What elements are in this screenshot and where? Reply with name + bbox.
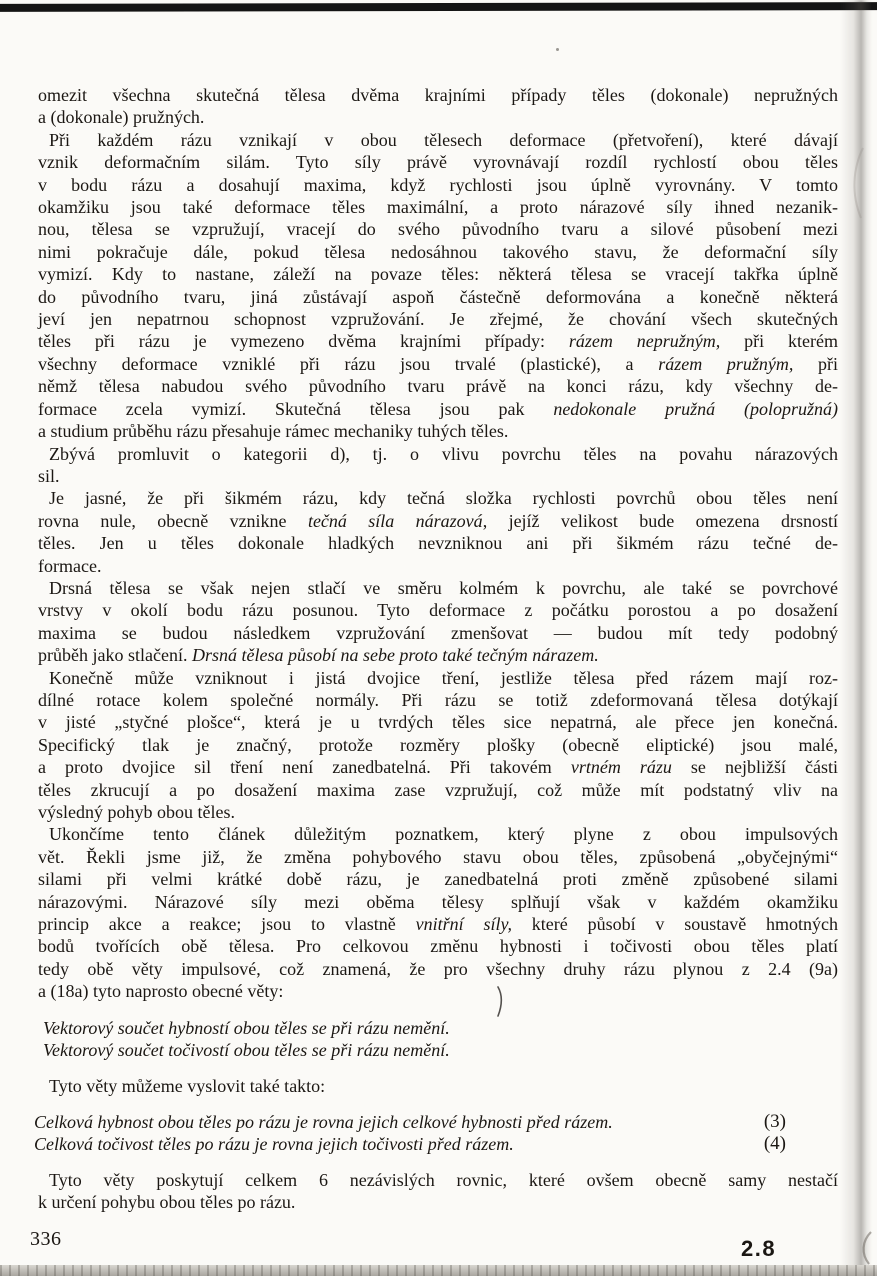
- text-line: sil.: [38, 465, 838, 487]
- text-line: těles při rázu je vymezeno dvěma krajním…: [38, 330, 838, 352]
- text-run: dílné rotace kolem společné normály. Při…: [38, 690, 838, 710]
- text-run: v jisté „styčné plošce“, která je u tvrd…: [38, 712, 838, 732]
- text-line: všechny deformace vzniklé při rázu jsou …: [38, 353, 838, 375]
- text-run: se nejbližší části: [672, 757, 838, 777]
- footer-section-number: 2.8: [741, 1236, 776, 1262]
- text-line: Konečně může vzniknout i jistá dvojice t…: [38, 667, 838, 689]
- paragraph: Tyto věty můžeme vyslovit také takto:: [38, 1075, 838, 1097]
- text-line: nou, tělesa se vzpružují, vracejí do své…: [38, 218, 838, 240]
- text-line: jeví jen nepatrnou schopnost vzpružování…: [38, 308, 838, 330]
- numbered-statement: Celková točivost těles po rázu je rovna …: [34, 1133, 786, 1155]
- italic-text-run: Vektorový součet točivostí obou těles se…: [43, 1040, 450, 1060]
- text-line: v bodu rázu a dosahují maxima, když rych…: [38, 174, 838, 196]
- text-run: vznik deformačním silám. Tyto síly právě…: [38, 152, 838, 172]
- paragraph: Zbývá promluvit o kategorii d), tj. o vl…: [38, 443, 838, 488]
- text-run: a (dokonale) pružných.: [38, 107, 204, 127]
- text-run: nimi pokračuje dále, pokud tělesa nedosá…: [38, 242, 838, 262]
- text-run: okamžiku jsou také deformace těles maxim…: [38, 197, 838, 217]
- text-run: průběh jako stlačení.: [38, 645, 192, 665]
- paragraph: Tyto věty poskytují celkem 6 nezávislých…: [38, 1169, 838, 1214]
- document-body: omezit všechna skutečná tělesa dvěma kra…: [38, 84, 838, 1214]
- text-line: a (dokonale) pružných.: [38, 106, 838, 128]
- text-line: do původního tvaru, jiná zůstávají aspoň…: [38, 286, 838, 308]
- statement-text: Celková hybnost obou těles po rázu je ro…: [34, 1111, 613, 1133]
- text-line: rovna nule, obecně vznikne tečná síla ná…: [38, 510, 838, 532]
- text-run: těles. Jen u těles dokonale hladkých nev…: [38, 533, 838, 553]
- text-line: v jisté „styčné plošce“, která je u tvrd…: [38, 711, 838, 733]
- text-line: Zbývá promluvit o kategorii d), tj. o vl…: [38, 443, 838, 465]
- text-run: všechny deformace vzniklé při rázu jsou …: [38, 354, 658, 374]
- text-line: výsledný pohyb obou těles.: [38, 801, 838, 823]
- text-run: Ukončíme tento článek důležitým poznatke…: [49, 824, 838, 844]
- text-run: tedy obě věty impulsové, což znamená, že…: [38, 959, 838, 979]
- text-run: bodů tvořících obě tělesa. Pro celkovou …: [38, 936, 838, 956]
- text-run: Zbývá promluvit o kategorii d), tj. o vl…: [49, 444, 838, 464]
- text-run: sil.: [38, 466, 60, 486]
- text-line: těles zkrucují a po dosažení maxima zase…: [38, 779, 838, 801]
- text-line: vymizí. Kdy to nastane, záleží na povaze…: [38, 263, 838, 285]
- text-run: formace zcela vymizí. Skutečná tělesa js…: [38, 399, 553, 419]
- paragraph: Konečně může vzniknout i jistá dvojice t…: [38, 667, 838, 824]
- text-line: maxima se budou následkem vzpružování zm…: [38, 622, 838, 644]
- text-run: které působí v soustavě hmotných: [512, 914, 838, 934]
- footer-page-number: 336: [30, 1228, 62, 1251]
- text-line: k určení pohybu obou těles po rázu.: [38, 1191, 838, 1213]
- text-line: a proto dvojice sil tření není zanedbate…: [38, 756, 838, 778]
- text-run: vymizí. Kdy to nastane, záleží na povaze…: [38, 264, 838, 284]
- text-run: a proto dvojice sil tření není zanedbate…: [38, 757, 571, 777]
- text-line: vrstvy v okolí bodu rázu posunou. Tyto d…: [38, 599, 838, 621]
- text-run: při kterém: [720, 331, 838, 351]
- text-line: vznik deformačním silám. Tyto síly právě…: [38, 151, 838, 173]
- text-run: vět. Řekli jsme již, že změna pohybového…: [38, 847, 838, 867]
- text-line: a (18a) tyto naprosto obecné věty:: [38, 980, 838, 1002]
- text-run: maxima se budou následkem vzpružování zm…: [38, 623, 838, 643]
- text-run: nou, tělesa se vzpružují, vracejí do své…: [38, 219, 838, 239]
- text-run: Konečně může vzniknout i jistá dvojice t…: [49, 668, 838, 688]
- text-line: formace zcela vymizí. Skutečná tělesa js…: [38, 398, 838, 420]
- text-run: výsledný pohyb obou těles.: [38, 802, 235, 822]
- text-run: těles zkrucují a po dosažení maxima zase…: [38, 780, 838, 800]
- text-line: bodů tvořících obě tělesa. Pro celkovou …: [38, 935, 838, 957]
- scan-edge-bottom: [0, 1265, 877, 1276]
- text-run: princip akce a reakce; jsou to vlastně: [38, 914, 416, 934]
- text-line: silami při velmi krátké době rázu, je za…: [38, 868, 838, 890]
- text-run: omezit všechna skutečná tělesa dvěma kra…: [38, 85, 838, 105]
- scanned-book-page: omezit všechna skutečná tělesa dvěma kra…: [0, 0, 877, 1276]
- text-run: nárazovými. Nárazové síly mezi oběma těl…: [38, 892, 838, 912]
- statement-text: Celková točivost těles po rázu je rovna …: [34, 1133, 514, 1155]
- text-run: Tyto věty poskytují celkem 6 nezávislých…: [49, 1170, 838, 1190]
- text-run: Při každém rázu vznikají v obou tělesech…: [49, 130, 838, 150]
- paragraph: omezit všechna skutečná tělesa dvěma kra…: [38, 84, 838, 129]
- italic-text-run: vrtném rázu: [571, 757, 672, 777]
- numbered-statement: Celková hybnost obou těles po rázu je ro…: [34, 1111, 786, 1133]
- text-run: při: [793, 354, 838, 374]
- text-line: Vektorový součet hybností obou těles se …: [43, 1017, 838, 1039]
- italic-text-run: Drsná tělesa působí na sebe proto také t…: [192, 645, 599, 665]
- paragraph: Drsná tělesa se však nejen stlačí ve smě…: [38, 577, 838, 667]
- text-line: Tyto věty můžeme vyslovit také takto:: [38, 1075, 838, 1097]
- page-curl-artifact: [858, 1230, 874, 1266]
- italic-text-run: tečná síla nárazová: [308, 511, 483, 531]
- italic-text-run: vnitřní síly,: [416, 914, 512, 934]
- text-line: Je jasné, že při šikmém rázu, kdy tečná …: [38, 487, 838, 509]
- text-run: Drsná tělesa se však nejen stlačí ve smě…: [49, 578, 838, 598]
- text-run: , jejíž velikost bude omezena drsností: [483, 511, 838, 531]
- text-run: Tyto věty můžeme vyslovit také takto:: [49, 1076, 325, 1096]
- text-line: vět. Řekli jsme již, že změna pohybového…: [38, 846, 838, 868]
- text-run: vrstvy v okolí bodu rázu posunou. Tyto d…: [38, 600, 838, 620]
- text-run: jeví jen nepatrnou schopnost vzpružování…: [38, 309, 838, 329]
- text-line: tedy obě věty impulsové, což znamená, že…: [38, 958, 838, 980]
- text-run: a (18a) tyto naprosto obecné věty:: [38, 981, 283, 1001]
- text-run: rovna nule, obecně vznikne: [38, 511, 308, 531]
- text-line: nimi pokračuje dále, pokud tělesa nedosá…: [38, 241, 838, 263]
- text-line: princip akce a reakce; jsou to vlastně v…: [38, 913, 838, 935]
- equation-number: (4): [764, 1133, 786, 1155]
- text-run: k určení pohybu obou těles po rázu.: [38, 1192, 295, 1212]
- text-line: Při každém rázu vznikají v obou tělesech…: [38, 129, 838, 151]
- text-run: Je jasné, že při šikmém rázu, kdy tečná …: [49, 488, 838, 508]
- text-line: omezit všechna skutečná tělesa dvěma kra…: [38, 84, 838, 106]
- scan-fleck: [556, 48, 559, 51]
- text-line: průběh jako stlačení. Drsná tělesa působ…: [38, 644, 838, 666]
- text-line: Specifický tlak je značný, protože rozmě…: [38, 734, 838, 756]
- scan-edge-top: [0, 2, 877, 12]
- equation-number: (3): [764, 1111, 786, 1133]
- text-line: němž tělesa nabudou svého původního tvar…: [38, 375, 838, 397]
- text-run: a studium průběhu rázu přesahuje rámec m…: [38, 421, 508, 441]
- text-run: formace.: [38, 556, 101, 576]
- text-line: Ukončíme tento článek důležitým poznatke…: [38, 823, 838, 845]
- text-line: Tyto věty poskytují celkem 6 nezávislých…: [38, 1169, 838, 1191]
- text-run: do původního tvaru, jiná zůstávají aspoň…: [38, 287, 838, 307]
- text-line: Drsná tělesa se však nejen stlačí ve smě…: [38, 577, 838, 599]
- text-line: Vektorový součet točivostí obou těles se…: [43, 1039, 838, 1061]
- italic-text-run: nedokonale pružná (polopružná): [553, 399, 838, 419]
- text-line: nárazovými. Nárazové síly mezi oběma těl…: [38, 891, 838, 913]
- italic-text-run: rázem pružným,: [658, 354, 793, 374]
- text-run: těles při rázu je vymezeno dvěma krajním…: [38, 331, 569, 351]
- text-run: Specifický tlak je značný, protože rozmě…: [38, 735, 838, 755]
- page-curl-artifact: [848, 146, 866, 220]
- italic-text-run: rázem nepružným,: [569, 331, 720, 351]
- numbered-statements: Celková hybnost obou těles po rázu je ro…: [34, 1111, 838, 1156]
- text-line: dílné rotace kolem společné normály. Při…: [38, 689, 838, 711]
- paragraph: Při každém rázu vznikají v obou tělesech…: [38, 129, 838, 443]
- paragraph: Ukončíme tento článek důležitým poznatke…: [38, 823, 838, 1002]
- theorem-block: Vektorový součet hybností obou těles se …: [43, 1017, 838, 1062]
- text-line: okamžiku jsou také deformace těles maxim…: [38, 196, 838, 218]
- text-run: silami při velmi krátké době rázu, je za…: [38, 869, 838, 889]
- paragraph: Je jasné, že při šikmém rázu, kdy tečná …: [38, 487, 838, 577]
- text-run: v bodu rázu a dosahují maxima, když rych…: [38, 175, 838, 195]
- text-run: němž tělesa nabudou svého původního tvar…: [38, 376, 838, 396]
- text-line: formace.: [38, 555, 838, 577]
- text-line: těles. Jen u těles dokonale hladkých nev…: [38, 532, 838, 554]
- italic-text-run: Vektorový součet hybností obou těles se …: [43, 1018, 450, 1038]
- text-line: a studium průběhu rázu přesahuje rámec m…: [38, 420, 838, 442]
